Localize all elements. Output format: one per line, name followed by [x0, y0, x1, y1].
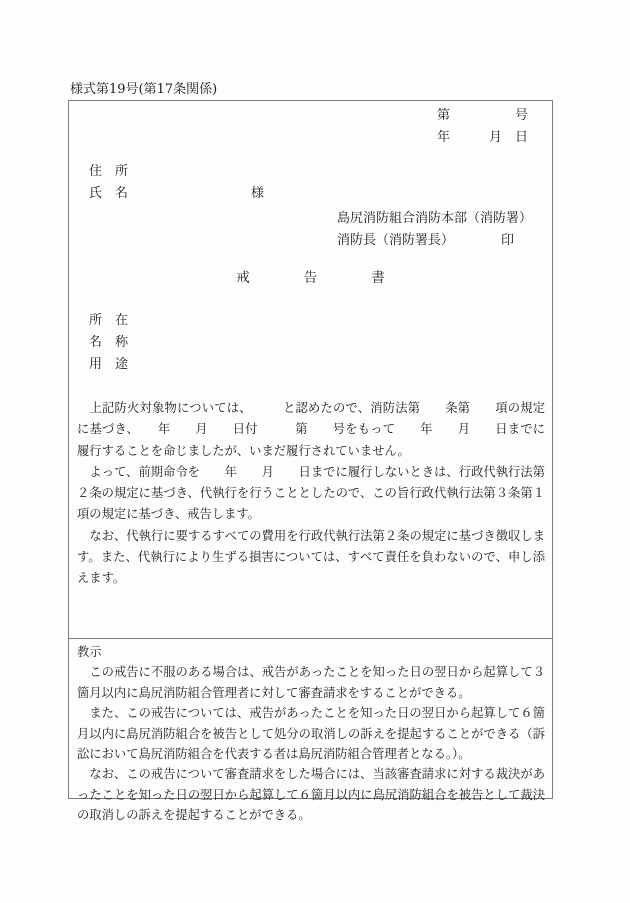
- section-divider: [69, 638, 552, 639]
- notice-heading: 教示: [77, 642, 545, 662]
- seal-mark: 印: [501, 233, 514, 249]
- document-number-line: 第 号: [437, 108, 528, 124]
- notice-paragraph: なお、この戒告について審査請求をした場合には、当該審査請求に対する裁決があったこ…: [77, 764, 545, 825]
- notice-paragraph: この戒告に不服のある場合は、戒告があったことを知った日の翌日から起算して３箇月以…: [77, 662, 545, 703]
- property-use-label: 用 途: [89, 357, 128, 373]
- body-paragraph: なお、代執行に要するすべての費用を行政代執行法第２条の規定に基づき徴収します。ま…: [77, 526, 545, 590]
- body-paragraph: よって、前期命令を 年 月 日までに履行しないときは、行政代執行法第２条の規定に…: [77, 462, 545, 526]
- property-name-label: 名 称: [89, 335, 128, 351]
- form-number-label: 様式第19号(第17条関係): [70, 78, 217, 97]
- issuer-title: 消防長（消防署長）: [337, 233, 454, 249]
- document-date-line: 年 月 日: [437, 130, 528, 146]
- issuer-organization: 島尻消防組合消防本部（消防署）: [337, 211, 532, 227]
- body-paragraph: 上記防火対象物については、 と認めたので、消防法第 条第 項の規定に基づき、 年…: [77, 398, 545, 462]
- addressee-name-label: 氏 名: [89, 186, 128, 202]
- honorific-label: 様: [251, 186, 264, 202]
- property-location-label: 所 在: [89, 313, 128, 329]
- address-label: 住 所: [89, 164, 128, 180]
- document-page: 様式第19号(第17条関係) 第 号 年 月 日 住 所 氏 名 様 島尻消防組…: [0, 0, 630, 903]
- document-title: 戒 告 書: [69, 270, 552, 286]
- notice-section: 教示 この戒告に不服のある場合は、戒告があったことを知った日の翌日から起算して３…: [77, 642, 545, 826]
- document-box: 第 号 年 月 日 住 所 氏 名 様 島尻消防組合消防本部（消防署） 消防長（…: [68, 100, 553, 799]
- body-text: 上記防火対象物については、 と認めたので、消防法第 条第 項の規定に基づき、 年…: [77, 398, 545, 590]
- notice-paragraph: また、この戒告については、戒告があったことを知った日の翌日から起算して６箇月以内…: [77, 703, 545, 764]
